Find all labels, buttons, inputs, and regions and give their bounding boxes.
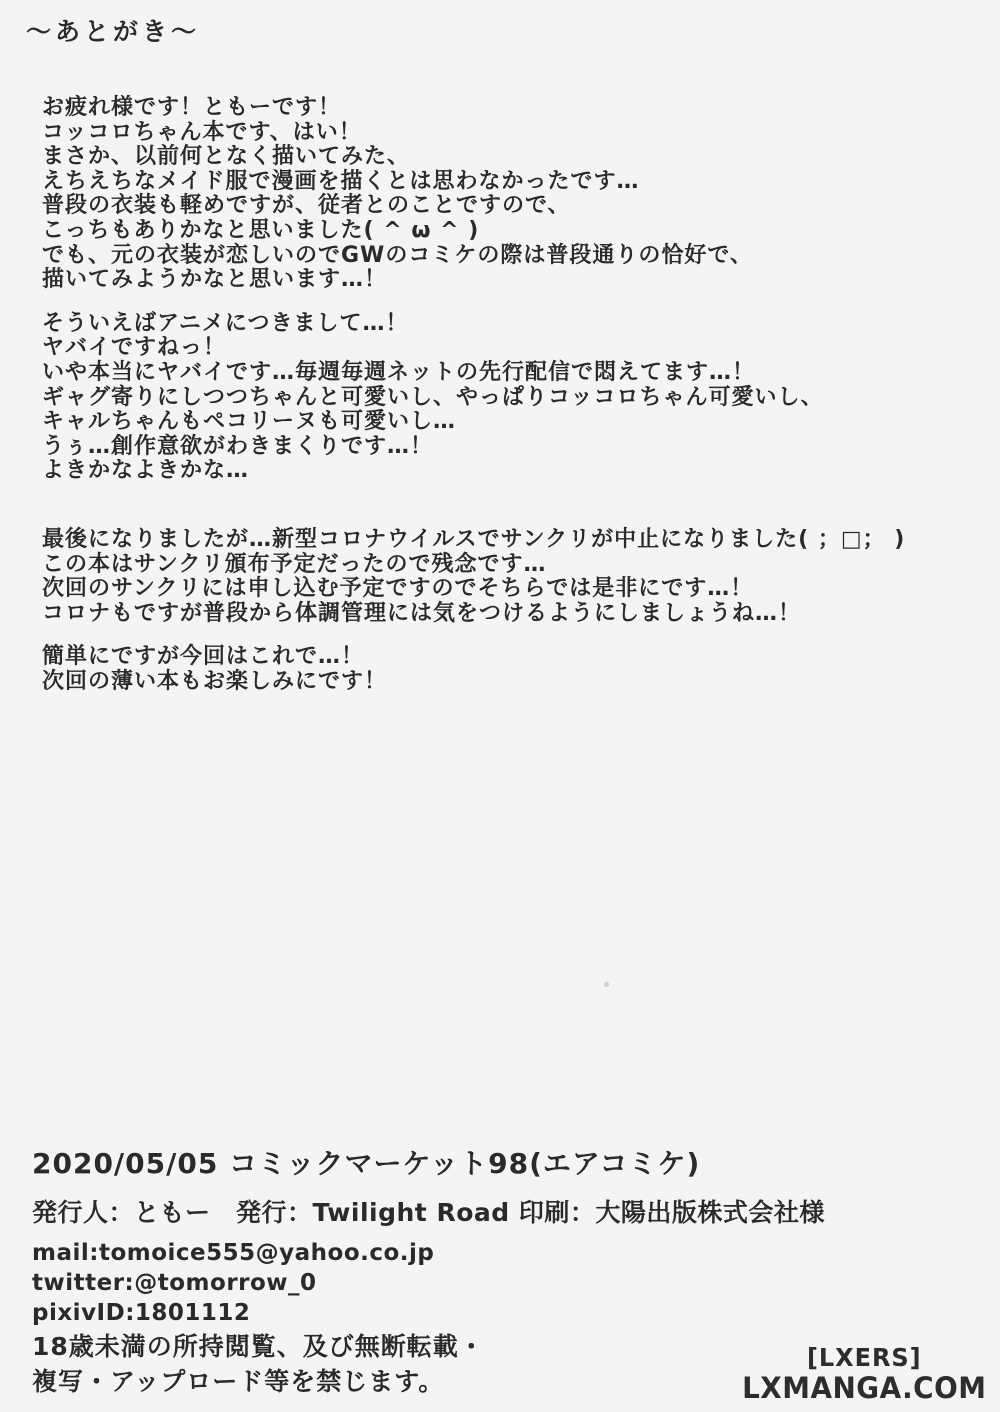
pixiv-line: pixivID:1801112 (32, 1298, 825, 1328)
text-line: 描いてみようかなと思います…！ (42, 268, 905, 293)
text-line: いや本当にヤバイです…毎週毎週ネットの先行配信で悶えてます…！ (42, 361, 905, 386)
text-line: 普段の衣装も軽めですが、従者とのことですので、 (42, 194, 905, 219)
scan-artifact-speck (604, 982, 609, 987)
afterword-paragraph-2: そういえばアニメにつきまして…！ ヤバイですねっ！ いや本当にヤバイです…毎週毎… (42, 312, 905, 484)
text-line: 最後になりましたが…新型コロナウイルスでサンクリが中止になりました( ；□； ) (42, 528, 905, 553)
text-line: でも、元の衣装が恋しいのでGWのコミケの際は普段通りの恰好で、 (42, 244, 905, 269)
text-line: ヤバイですねっ！ (42, 336, 905, 361)
text-line: まさか、以前何となく描いてみた、 (42, 145, 905, 170)
text-line: 簡単にですが今回はこれで…！ (42, 645, 905, 670)
text-line: お疲れ様です！ともーです！ (42, 96, 905, 121)
warning-line-1: 18歳未満の所持閲覧、及び無断転載・ (32, 1330, 825, 1363)
event-line: 2020/05/05 コミックマーケット98(エアコミケ) (32, 1142, 825, 1182)
text-line: 次回の薄い本もお楽しみにです！ (42, 670, 905, 695)
text-line: えちえちなメイド服で漫画を描くとは思わなかったです… (42, 170, 905, 195)
page-title: ～あとがき～ (26, 12, 200, 48)
text-line: キャルちゃんもペコリーヌも可愛いし… (42, 410, 905, 435)
site-watermark: [LXERS] LXMANGA.COM (743, 1344, 987, 1404)
afterword-paragraph-4: 簡単にですが今回はこれで…！ 次回の薄い本もお楽しみにです！ (42, 645, 905, 694)
warning-line-2: 複写・アップロード等を禁じます。 (32, 1365, 825, 1398)
text-line: コッコロちゃん本です、はい！ (42, 121, 905, 146)
text-line: よきかなよきかな… (42, 459, 905, 484)
afterword-body: お疲れ様です！ともーです！ コッコロちゃん本です、はい！ まさか、以前何となく描… (42, 96, 905, 694)
publisher-line: 発行人：ともー 発行：Twilight Road 印刷：大陽出版株式会社様 (32, 1193, 825, 1229)
watermark-site-label: LXMANGA.COM (743, 1372, 987, 1404)
text-line: この本はサンクリ頒布予定だったので残念です… (42, 553, 905, 578)
twitter-line: twitter:@tomorrow_0 (32, 1268, 825, 1298)
text-line: 次回のサンクリには申し込む予定ですのでそちらでは是非にです…！ (42, 577, 905, 602)
colophon: 2020/05/05 コミックマーケット98(エアコミケ) 発行人：ともー 発行… (32, 1142, 825, 1398)
afterword-paragraph-3: 最後になりましたが…新型コロナウイルスでサンクリが中止になりました( ；□； )… (42, 528, 905, 626)
mail-line: mail:tomoice555@yahoo.co.jp (32, 1238, 825, 1268)
text-line: こっちもありかなと思いました( ^ ω ^ ) (42, 219, 905, 244)
watermark-group-label: [LXERS] (743, 1344, 987, 1372)
afterword-page: ～あとがき～ お疲れ様です！ともーです！ コッコロちゃん本です、はい！ まさか、… (0, 0, 1000, 1412)
text-line: ギャグ寄りにしつつちゃんと可愛いし、やっぱりコッコロちゃん可愛いし、 (42, 386, 905, 411)
afterword-paragraph-1: お疲れ様です！ともーです！ コッコロちゃん本です、はい！ まさか、以前何となく描… (42, 96, 905, 293)
text-line: そういえばアニメにつきまして…！ (42, 312, 905, 337)
text-line: コロナもですが普段から体調管理には気をつけるようにしましょうね…！ (42, 602, 905, 627)
text-line: うぅ…創作意欲がわきまくりです…！ (42, 435, 905, 460)
